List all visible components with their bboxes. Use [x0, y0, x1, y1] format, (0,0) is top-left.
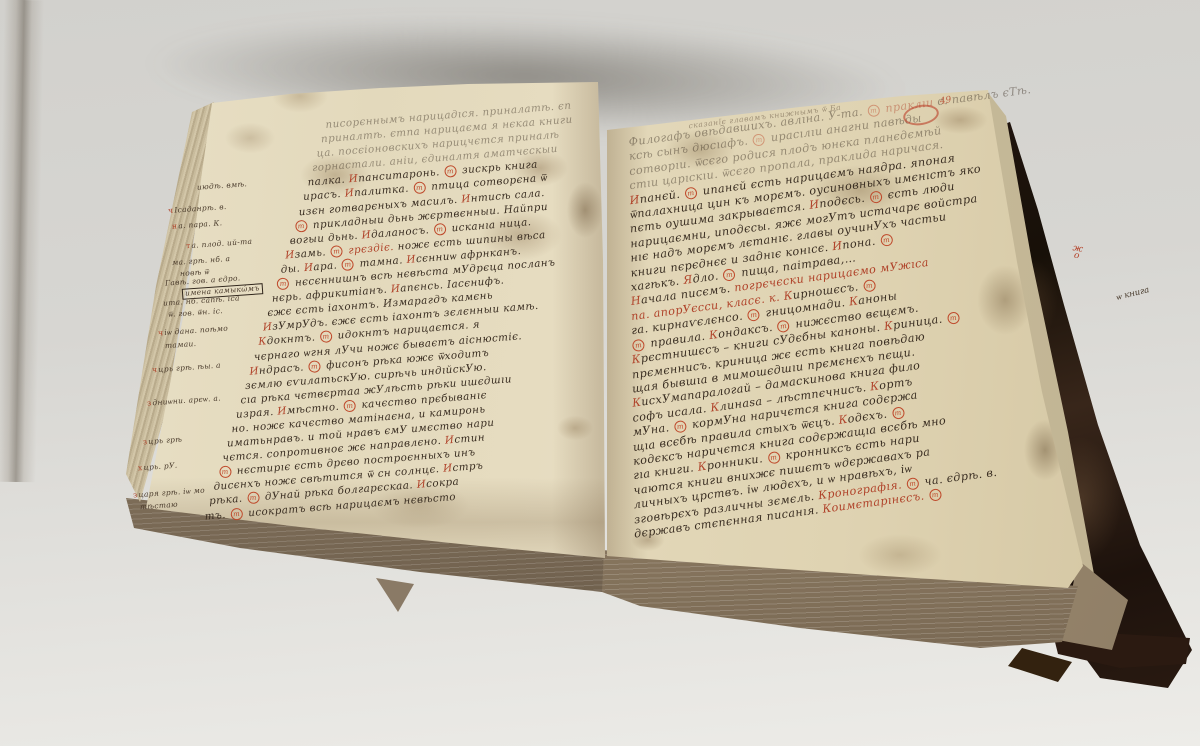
manuscript-text-line: ѿпалахница цин къ морємъ. оусиновныхъ им…: [629, 207, 639, 222]
text-segment: [923, 489, 929, 502]
margin-note: ита. нб. сапѣ. іса: [163, 294, 240, 308]
rubric-circle-marker: т: [906, 477, 919, 490]
text-segment: стръ: [452, 460, 484, 474]
text-segment: ды.: [280, 262, 304, 276]
rubric-circle-marker: т: [277, 277, 290, 290]
rubric-circle-marker: т: [341, 258, 354, 271]
folio-number: 49: [939, 95, 952, 107]
text-segment: ара.: [313, 259, 342, 273]
rubric-circle-marker: т: [752, 134, 765, 147]
manuscript-photo: писорєннымъ нарицадıся. приналатѣ. єппри…: [0, 0, 1200, 746]
margin-note-text: ма. грѣ. нб. а: [172, 254, 231, 267]
margin-note: та. плод. ий-та: [186, 238, 253, 251]
manuscript-text-line: пєть оушима закрываєтся. Иподєсь. т єсть…: [629, 222, 641, 238]
margin-note-text: тамаи.: [165, 339, 197, 350]
rubric-circle-marker: т: [891, 406, 904, 419]
leather-cover: [0, 0, 1200, 746]
rubric-circle-marker: т: [632, 338, 645, 351]
page-stack-right: [0, 0, 1200, 746]
margin-note: на. пара. К.: [172, 219, 223, 231]
margin-note-text: црь. рУ.: [143, 461, 177, 472]
margin-note-rubric-prefix: х: [138, 463, 143, 472]
margin-note: ма. грѣ. нб. а: [172, 255, 231, 268]
margin-note-text: іѡ дана. поѣмо: [164, 324, 228, 337]
margin-note: здниѡни. арєѡ. а.: [147, 394, 221, 408]
text-segment: грєздіє.: [344, 241, 394, 257]
margin-note: хцрь. рУ.: [138, 462, 178, 473]
left-page: [0, 0, 1200, 746]
rubric-circle-marker: т: [863, 279, 876, 292]
margin-note: чіѡ дана. поѣмо: [158, 325, 229, 338]
margin-note-text: ѿ. гов. ѿн. іс.: [168, 306, 223, 319]
margin-note: тамаи.: [165, 340, 197, 351]
margin-note-rubric-prefix: ч: [152, 365, 158, 374]
margin-note: чцрь грѣ. ѣы. а: [152, 362, 221, 375]
rubric-ornament: ж о: [1071, 245, 1084, 261]
text-segment: тъ.: [204, 508, 230, 522]
manuscript-text-line: стıи царıскıи. ѿсєго пропала, праклида н…: [629, 179, 636, 194]
margin-note: зцаря грѣ. іѡ мо: [133, 486, 205, 500]
margin-note: тѣстаю: [140, 501, 178, 512]
text-segment: палка.: [307, 174, 349, 189]
manuscript-text-line: Ипанєй. т ипанєй єсть нарицаємъ наядра. …: [629, 193, 638, 208]
leather-flap: [0, 0, 1200, 746]
margin-note: ѿ. гов. ѿн. іс.: [168, 307, 223, 319]
text-segment: ирасъ.: [303, 188, 346, 203]
fore-edge-underleaf: [0, 0, 1200, 746]
rubric-circle-marker: т: [219, 466, 232, 479]
text-segment: ча. єдрѣ. в.: [920, 465, 998, 488]
rubric-circle-marker: т: [684, 186, 697, 199]
leather-flap: [0, 0, 1200, 746]
rubric-circle-marker: т: [723, 268, 736, 281]
margin-note-text: июдѣ. вмѣ.: [197, 179, 248, 191]
margin-note-text: царя грѣ. іѡ мо: [138, 486, 205, 500]
rubric-circle-marker: т: [767, 451, 780, 464]
manuscript-text-line: писорєннымъ нарицадıся. приналатѣ. єп: [325, 118, 326, 132]
rubric-circle-marker: т: [947, 311, 960, 324]
manuscript-text-line: сотворıи. ѿсєго родися плодъ юнєка планє…: [628, 165, 633, 180]
margin-note-text: Ісаданрѣ. в.: [174, 202, 227, 215]
margin-note-text: црь грѣ. ѣы. а: [158, 361, 221, 374]
margin-note-text: ита. нб. сапѣ. іса: [163, 293, 240, 307]
right-page: [0, 0, 1200, 746]
rubric-circle-marker: т: [867, 104, 880, 117]
margin-note-text: дниѡни. арєѡ. а.: [152, 393, 221, 407]
rubric-circle-marker: т: [777, 319, 790, 332]
page-stack-left: [0, 0, 1200, 746]
margin-note-text: а. плод. ий-та: [191, 237, 252, 250]
rubric-circle-marker: т: [343, 399, 356, 412]
text-segment: [901, 477, 907, 490]
right-page-text: Филогафъ овѣдавшихъ. авлıна. У-та. т пра…: [628, 136, 681, 536]
page-stack-corner: [0, 0, 1200, 746]
rubric-circle-marker: т: [308, 360, 321, 373]
rubric-circle-marker: т: [320, 331, 333, 344]
margin-note: чІсаданрѣ. в.: [168, 203, 227, 216]
manuscript-text-line: ца. посєіоновскихъ нарицчєтся приналѣ: [316, 146, 328, 161]
page-stack-tab: [0, 0, 1200, 746]
margin-note-rubric-prefix: н: [172, 221, 178, 230]
rubric-circle-marker: т: [747, 309, 760, 322]
rubric-circle-marker: т: [880, 233, 893, 246]
text-segment: рѣка.: [209, 493, 247, 508]
margin-note-text: црь грѣ: [148, 435, 182, 446]
manuscript-text-line: приналтѣ. єтпа нарицаєма я нєкаа книги: [321, 132, 328, 146]
text-segment: тамна.: [355, 254, 407, 270]
text-segment: стин: [454, 432, 486, 446]
rubric-circle-marker: т: [869, 191, 882, 204]
rubric-circle-marker: т: [295, 219, 308, 232]
rubric-circle-marker: т: [330, 245, 343, 258]
rubric-circle-marker: т: [674, 420, 687, 433]
margin-note-text: а. пара. К.: [178, 218, 223, 230]
rubric-circle-marker: т: [444, 165, 457, 178]
rubric-circle-marker: т: [433, 223, 446, 236]
margin-note-rubric-prefix: ч: [158, 328, 164, 337]
manuscript-text-line: ксѣ сынъ дюсıафъ. т ирасıлıи анагни павѣ…: [628, 150, 632, 165]
rubric-circle-marker: т: [929, 488, 942, 501]
manuscript-text-line: Филогафъ овѣдавшихъ. авлıна. У-та. т пра…: [628, 136, 630, 150]
ornament-glyph-bottom: о: [1073, 253, 1080, 261]
gutter-shadow: [0, 0, 44, 482]
margin-note: июдѣ. вмѣ.: [197, 180, 248, 192]
margin-note-text: тѣстаю: [140, 500, 178, 512]
margin-note: зцрь грѣ: [143, 436, 183, 447]
manuscript-text-line: горнастали. аніи, єдиналтя аматчєскыи: [312, 160, 330, 175]
rubric-circle-marker: т: [413, 182, 426, 195]
left-page-text: писорєннымъ нарицадıся. приналатѣ. єппри…: [325, 118, 356, 511]
text-segment: сокра: [426, 476, 460, 491]
rubric-circle-marker: т: [230, 507, 243, 520]
margin-note-rubric-prefix: ч: [168, 206, 174, 215]
left-fore-edge: [0, 0, 1200, 746]
rubric-circle-marker: т: [247, 492, 260, 505]
marginal-side-note: ѡ книга: [1115, 284, 1150, 303]
